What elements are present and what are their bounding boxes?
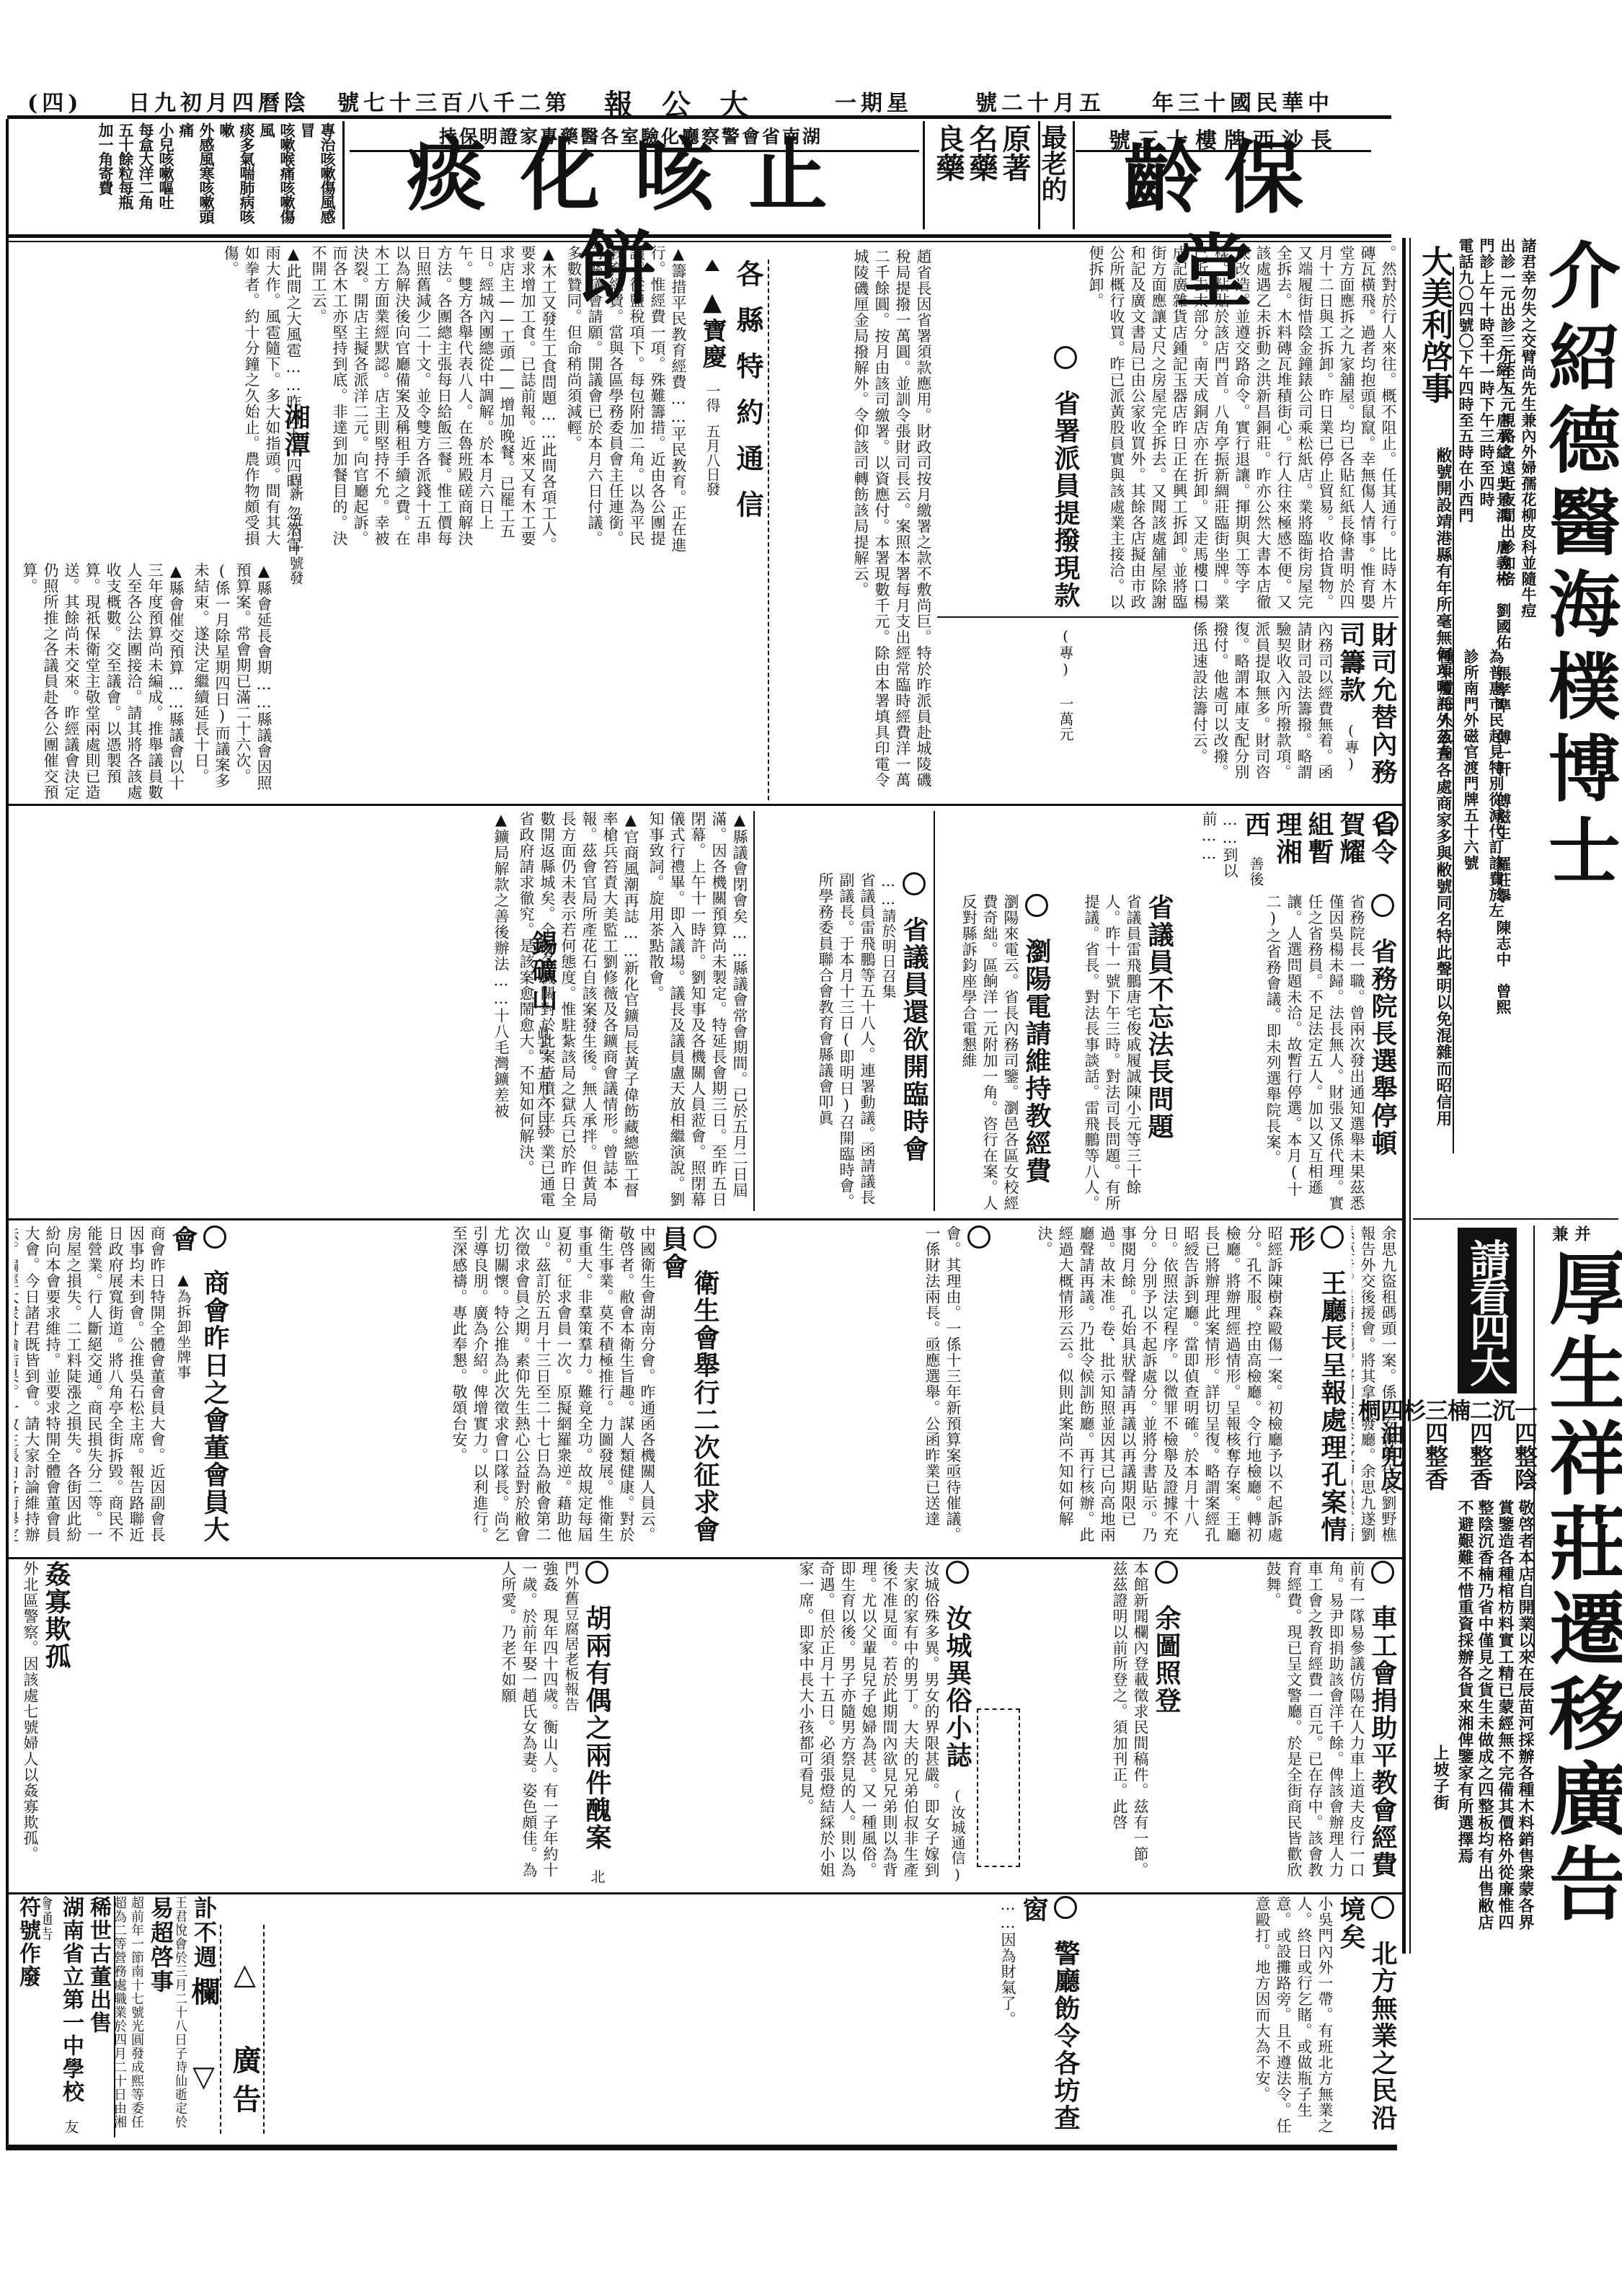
damei-notice-body: 敝號開設靖港縣有年所毫無何項囑託外茲查各處商家多與敝號同名特此聲明以免混雜而昭信… [1413, 447, 1453, 1146]
ad-column-triangle-up-icon: △ [228, 1957, 262, 2001]
police-ord-headline: 警廳飭令各坊查窗 [1019, 1896, 1081, 2132]
masthead-rule [7, 115, 1391, 119]
prov-law-headline: 省議員不忘法長問題 [1144, 894, 1174, 1140]
article-prov-funds: 省署派員提撥現款 (專) 一萬元 [937, 346, 1081, 807]
article-police-ord: 警廳飭令各坊查窗 ……因為財氣了。 [793, 1896, 1081, 2137]
workers-headline: 車工會捐助平教會經費 [1368, 1605, 1398, 1879]
xiaoxin-box [977, 1708, 1020, 1867]
doctor-ad-lead: 諸君幸勿失之交臂尚先生兼內外婦孺花柳皮科並隨牛痘 [1518, 238, 1539, 642]
circle-bullet-icon [585, 1561, 608, 1584]
liuyang-headline: 瀏陽電請維持教經費 [1021, 938, 1052, 1184]
prov-funds-headline: 省署派員提撥現款 [1050, 390, 1081, 609]
article-gong-jian: 姦寡欺孤 外北區警察。因該處七號婦人以姦寡欺孤。 [14, 1561, 72, 1885]
issue-number: 號七十三百八千二第 [337, 85, 571, 117]
yi-chao-headline: 易超啓事 [147, 1896, 174, 1994]
prov-council-headline: 省議員還欲開臨時會 [899, 916, 929, 1163]
circle-bullet-icon [1321, 1225, 1344, 1249]
doctor-ad-title: 介紹德醫海樸博士 [1539, 238, 1618, 959]
triangle-bullet-icon [705, 260, 719, 271]
article-zhu-sheng: 汝城異俗小誌 (汝城通信) 汝城俗殊多異。男女的界限甚嚴。即女子嫁到夫家的家有中… [613, 1561, 973, 1885]
xiangtan-items: ▲縣會延長會期……縣議會因照預算案。常會期已滿二十六次。(係一月除星期四日)而議… [14, 562, 274, 800]
row2-bottom-rule [7, 1218, 1402, 1220]
county-dispatch-title: 各縣特約通信 [728, 260, 768, 663]
relocation-ad-title: 厚生祥莊遷移廣告 [1539, 1247, 1622, 1968]
brand-side-tag: 最老的 [1042, 124, 1071, 229]
relocation-ad-address: 上坡子街 [1430, 1499, 1450, 1946]
photo-headline: 余圖照登 [1151, 1605, 1182, 1714]
cough-cake-details: 專治咳嗽傷風感冒 咳嗽喉痛咳嗽傷風 痰多氣喘肺病咳嗽 外感風寒咳嗽頭痛 小兒咳嗽… [13, 123, 337, 231]
article-photo: 余圖照登 本館新聞欄內登載徵求民間稿件。兹有一節。兹茲證明以前所登之。須加刊正。… [1038, 1561, 1182, 1885]
prov-funds-body: 趙省長因省署須款應用。財政司按月繳署之款不敷尚巨。特於昨派員赴城陵磯稅局提撥一萬… [757, 249, 934, 797]
ad-band-bottom-rule [7, 234, 1391, 238]
health-assoc-headline: 衛生會舉行二次征求會員會 [658, 1225, 720, 1543]
article-yi-chao: 易超啓事 超前年一節南十七號光圓發成熙等委任超為二等營務處職業於四月二十日由湘湘… [115, 1896, 177, 2137]
hu-chao-headline: 胡兩有偶之兩件醜案 [582, 1605, 612, 1851]
wang-report-headline: 王廳長呈報處理孔案情形 [1285, 1225, 1347, 1543]
circle-bullet-icon [203, 1225, 226, 1249]
circle-bullet-icon [1054, 346, 1077, 369]
ad-column-header: △ 廣告欄 ▽ [229, 1946, 265, 2134]
left-frame [6, 119, 9, 2148]
article-budget: 余思九盜租碼頭一案。係吉安縣業代表劉野樵報告外交後援會。將其拿押發廳。余思九遂劉… [1352, 1225, 1399, 1550]
school-headline: 湖南省立第一中學校 [58, 1896, 84, 2104]
gong-jian-headline: 姦寡欺孤 [41, 1561, 71, 1670]
article-prov-law: 省議員不忘法長問題 省議員雷飛鵬唐宅俊戚履誠陳小元等三十餘人。昨十一號下午三時。… [1052, 894, 1175, 1211]
article-school: 湖南省立第一中學校 友會通告 [43, 1896, 87, 2137]
four-features-badge: 請看四大特色 [1458, 1228, 1517, 1393]
article-prov-council: 省議員還欲開臨時會 ……請於明日召集 省議員雷飛鵬等五十八人。連署動議。函請議長… [757, 872, 930, 1211]
article-he-ling-body: 省令賀耀組暫理湘西 善後 ……到以前…… [937, 811, 1399, 890]
damei-notice-title: 大美利啓事 [1416, 245, 1452, 433]
article-xi-shi: 稀世古董出售 [87, 1896, 114, 2137]
xiangtan-dateline: 湘潭 日新 五月十號發 [274, 404, 311, 678]
circle-bullet-icon [1025, 894, 1048, 917]
article-liuyang: 瀏陽電請維持教經費 瀏陽來電云。省長內務司鑒。瀏邑各區女校經費奇絀。區餉洋一元附… [937, 894, 1052, 1211]
baoqing-items: ▲籌措平民教育經費……平民教育。正在進行。惟經費一項。殊難籌措。近由各公團提議。… [14, 245, 688, 555]
article-health-assoc: 衛生會舉行二次征求會員會 中國衛生會湖南分會。昨通函各機關人員云。敬啓者。敝會本… [231, 1225, 721, 1550]
circle-bullet-icon [1371, 1896, 1394, 1919]
doctor-introducers: 介紹人 唐承緒 吳景鴻 唐義彬 劉國佑 張孝準 傅一軒 傅滋生 羅莊擧 陳志中 … [1471, 346, 1514, 1139]
article-obituary: 訃不週 王君悅會於三月二十八日子時仙逝定於四月初八日服初九日成主初十日家奠十一日… [177, 1896, 220, 2137]
lunar-date: 日九初月四曆陰 [128, 85, 310, 117]
article-wang-report: 王廳長呈報處理孔案情形 昭經訴陳樹森毆傷一案。初檢廳予以不起訴處分。孔不服。控由… [995, 1225, 1348, 1550]
circle-bullet-icon [903, 872, 926, 895]
row1-bottom-rule [7, 804, 1402, 806]
circle-bullet-icon [946, 1561, 969, 1584]
relocation-ad-body: 敬啓者本店自開業以來在辰苗河採辦各種木料銷售衆蒙各界賞鑒造各種棺枋料實工精已蒙經… [1417, 1499, 1535, 1946]
solar-date: 號二十月五 [975, 85, 1105, 117]
bottom-frame [6, 2145, 1397, 2150]
article-hu-chao: 胡兩有偶之兩件醜案 北門外舊豆腐居老板報告 強姦 現年四十四歲。衡山人。有一子年… [72, 1561, 613, 1885]
obituary-headline: 訃不週 [190, 1896, 218, 1969]
circle-bullet-icon [1371, 894, 1394, 917]
ad-band: 專治咳嗽傷風感冒 咳嗽喉痛咳嗽傷風 痰多氣喘肺病咳嗽 外感風寒咳嗽頭痛 小兒咳嗽… [7, 121, 1391, 233]
circle-bullet-icon [1054, 1896, 1077, 1919]
article-chamber: 商會昨日之會董會員大會 ▲為拆卸坐牌事 商會昨日特開全體會董會員大會。近因副會長… [14, 1225, 231, 1550]
article-prov-election: 省務院長選舉停頓 省務院長一職。曾兩次發出通知選舉未果茲悉僅因吳楊未歸。法長無人… [1175, 894, 1399, 1211]
weekday: 一期星 [835, 85, 913, 117]
circle-bullet-icon [1371, 1561, 1394, 1584]
page-number: (四) [27, 85, 82, 117]
fu-hu-headline: 符號作廢 [15, 1896, 40, 1988]
zhu-sheng-headline: 汝城異俗小誌 [942, 1605, 972, 1769]
article-yu-case: 會。其理由。一係十三年新預算案亟待催議。一係財法兩長。亟應選舉。公函昨業已送達 [721, 1225, 995, 1550]
right-column-divider [1402, 238, 1406, 1954]
changshan-items: ▲縣議會閉會矣……縣議會常會期間。已於五月二日屆滿。因各機關預算尚未製定。特延長… [14, 811, 750, 1211]
circle-bullet-icon [1155, 1561, 1178, 1584]
circle-bullet-icon [967, 1225, 991, 1249]
republic-year: 年三十國民華中 [1152, 85, 1334, 117]
article-north-unemp: 北方無業之民沿境矣 小吳門內外一帶。有班北方無業之人。終日或行乞賭。或做瓶子生意… [1081, 1896, 1399, 2137]
circle-bullet-icon [693, 1225, 717, 1249]
article-fu-hu: 符號作廢 [14, 1896, 43, 2137]
mid-tag: 原著名藥良藥 [931, 124, 1032, 225]
baoqing-dateline: ▲寶慶 一得 五月八日發 [692, 260, 728, 764]
row3-bottom-rule [7, 1557, 1402, 1559]
north-unemp-headline: 北方無業之民沿境矣 [1336, 1896, 1398, 2132]
masthead: (四) 日九初月四曆陰 號七十三百八千二第 報公大 一期星 號二十月五 年三十國… [13, 79, 1491, 115]
xi-shi-headline: 稀世古董出售 [87, 1896, 111, 2034]
xiangtan-headline: 湘潭 [280, 404, 311, 458]
county-dispatch-header: 各縣特約通信 [728, 260, 768, 663]
article-finance-dept: 財司允替內務司籌款 (專) 內務司以經費無着。函請財司設法籌撥。略謂驗契收入內所… [1081, 621, 1399, 794]
row4-bottom-rule [7, 1892, 1402, 1894]
prov-election-headline: 省務院長選舉停頓 [1368, 938, 1398, 1157]
article-workers: 車工會捐助平教會經費 前有一隊易參議仿陽在人力車上道夫皮行一口角。易尹即捐助該會… [1182, 1561, 1399, 1885]
four-features-list: 一四整陰沉 二四整香楠 三四整香杉 四油兜皮桐 [1442, 1399, 1535, 1492]
